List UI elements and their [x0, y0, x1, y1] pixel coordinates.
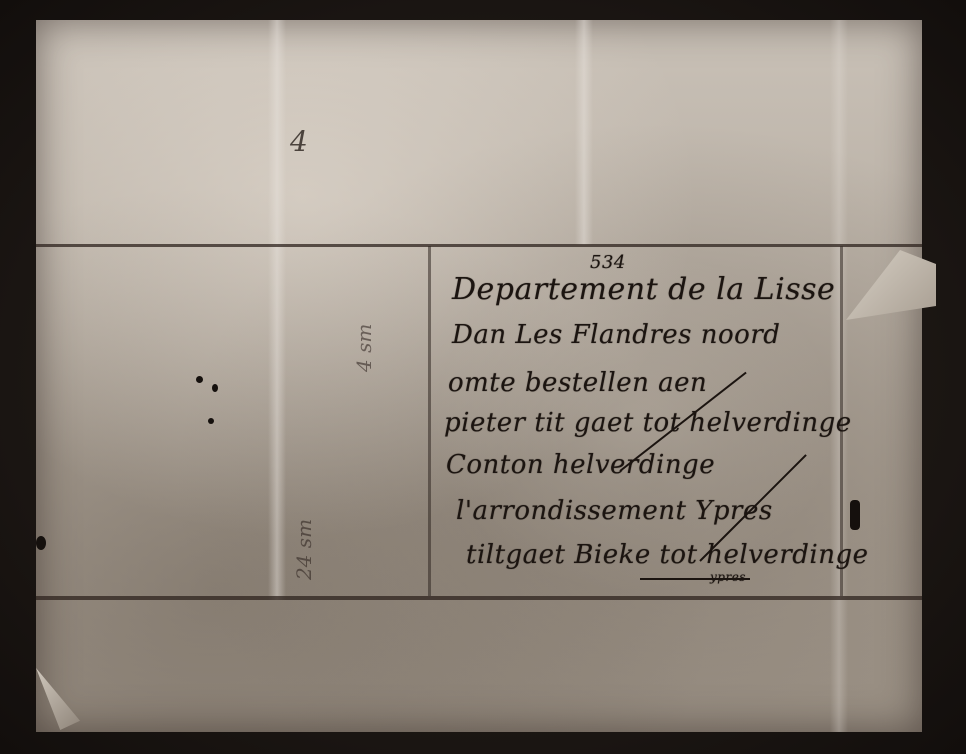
- ink-spot: [850, 500, 860, 530]
- address-line: tiltgaet Bieke tot helverdinge: [466, 540, 869, 570]
- ink-spot: [36, 536, 46, 550]
- bleedthrough-mark: 4: [290, 125, 308, 158]
- address-line: pieter tit gaet tot helverdinge: [444, 408, 852, 438]
- address-line: l'arrondissement Ypres: [456, 496, 773, 526]
- reference-number: 534: [590, 252, 626, 273]
- address-line: ypres: [710, 570, 746, 584]
- fold-line-middle: [428, 246, 431, 596]
- fold-line-top: [36, 244, 922, 247]
- fold-line-bottom: [36, 596, 922, 600]
- ink-underline: [640, 578, 750, 580]
- side-notation: 24 sm: [292, 519, 316, 580]
- light-streak: [575, 20, 593, 245]
- address-line: Dan Les Flandres noord: [452, 320, 780, 350]
- address-line: Conton helverdinge: [446, 450, 715, 480]
- address-line: omte bestellen aen: [448, 368, 707, 398]
- ink-spot: [208, 418, 214, 424]
- light-streak: [268, 20, 286, 600]
- address-line: Departement de la Lisse: [452, 272, 835, 307]
- side-notation: 4 sm: [352, 324, 376, 372]
- ink-spot: [196, 376, 203, 383]
- ink-spot: [212, 384, 218, 392]
